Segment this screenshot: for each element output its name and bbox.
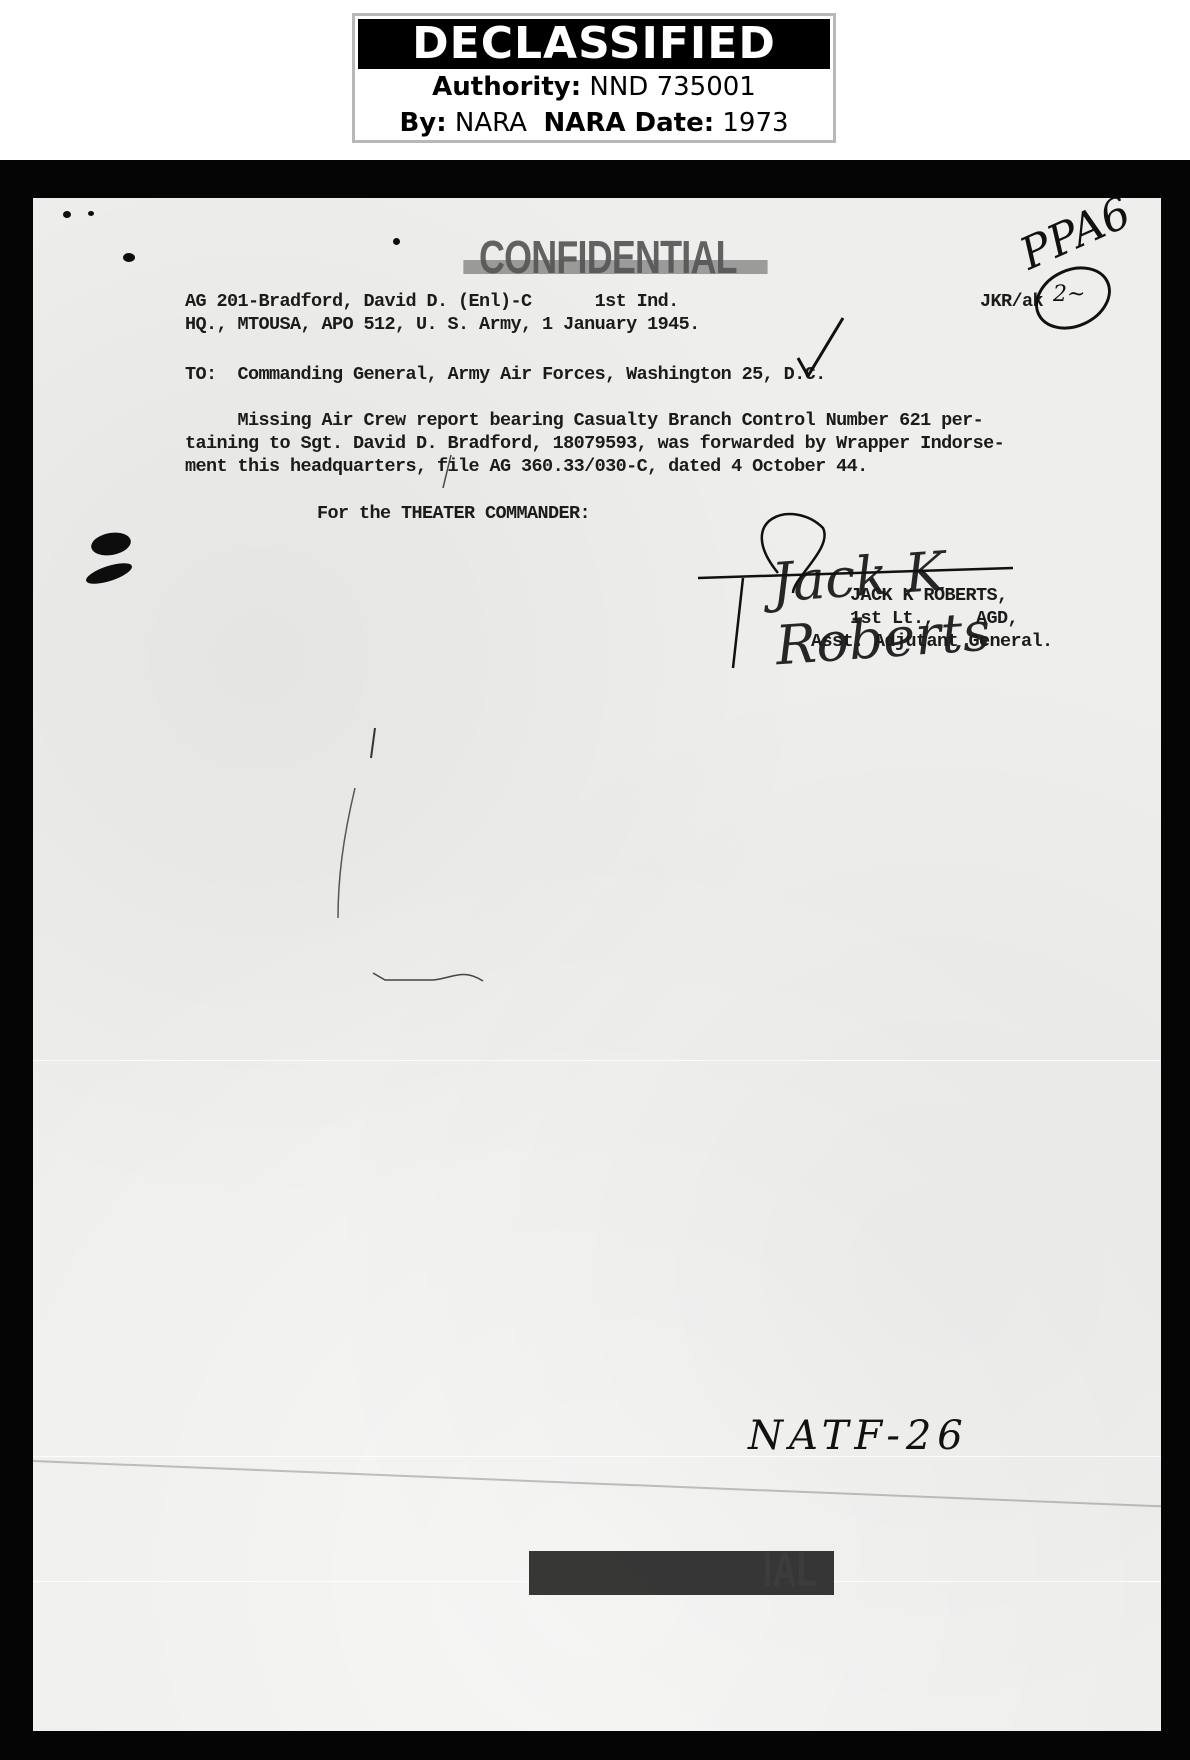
signatory-title: Asst. Adjutant General. <box>811 630 1053 653</box>
by-date-line: By: NARA NARA Date: 1973 <box>355 105 833 141</box>
ink-spot <box>88 211 94 216</box>
to-label: TO: <box>185 364 217 385</box>
authority-value: NND 735001 <box>589 72 755 102</box>
circled-annotation: 2~ <box>1053 282 1085 307</box>
authority-line: Authority: NND 735001 <box>355 69 833 105</box>
ink-blot <box>84 559 134 588</box>
date-value: 1973 <box>722 108 788 138</box>
ink-spot <box>393 238 400 245</box>
ink-spot <box>63 211 71 218</box>
paper-fold-line <box>33 1460 1161 1507</box>
paper-crease <box>33 1060 1161 1061</box>
paper-crease <box>33 1456 1161 1457</box>
declassified-stamp: DECLASSIFIED Authority: NND 735001 By: N… <box>352 13 836 143</box>
body-line: Missing Air Crew report bearing Casualty… <box>185 409 983 432</box>
body-line: ment this headquarters, file AG 360.33/0… <box>185 455 868 478</box>
classification-stamp-top: CONFIDENTIAL <box>479 230 737 284</box>
classification-stamp-bottom: IAL <box>763 1543 817 1598</box>
ink-spot <box>123 253 135 262</box>
to-recipient: Commanding General, Army Air Forces, Was… <box>238 364 826 385</box>
body-line: taining to Sgt. David D. Bradford, 18079… <box>185 432 1004 455</box>
date-label: NARA Date: <box>543 108 714 138</box>
authority-label: Authority: <box>432 72 581 102</box>
document-page: CONFIDENTIAL PPA6 JKR/ak 2~ AG 201-Bradf… <box>33 198 1161 1731</box>
reference-initials: JKR/ak <box>980 290 1043 313</box>
ink-blot <box>89 530 132 559</box>
closing-line: For the THEATER COMMANDER: <box>317 502 590 525</box>
handwritten-annotation: PPA6 <box>1013 198 1139 280</box>
to-line: TO: Commanding General, Army Air Forces,… <box>185 363 826 386</box>
by-value: NARA <box>455 108 527 138</box>
headquarters-line: HQ., MTOUSA, APO 512, U. S. Army, 1 Janu… <box>185 313 700 336</box>
by-label: By: <box>399 108 446 138</box>
handwritten-file-code: NATF-26 <box>748 1413 969 1459</box>
signatory-rank: 1st Lt., AGD, <box>850 607 1018 630</box>
file-reference: AG 201-Bradford, David D. (Enl)-C 1st In… <box>185 290 679 313</box>
signatory-name: JACK K ROBERTS, <box>850 584 1008 607</box>
declassified-title: DECLASSIFIED <box>358 19 830 69</box>
